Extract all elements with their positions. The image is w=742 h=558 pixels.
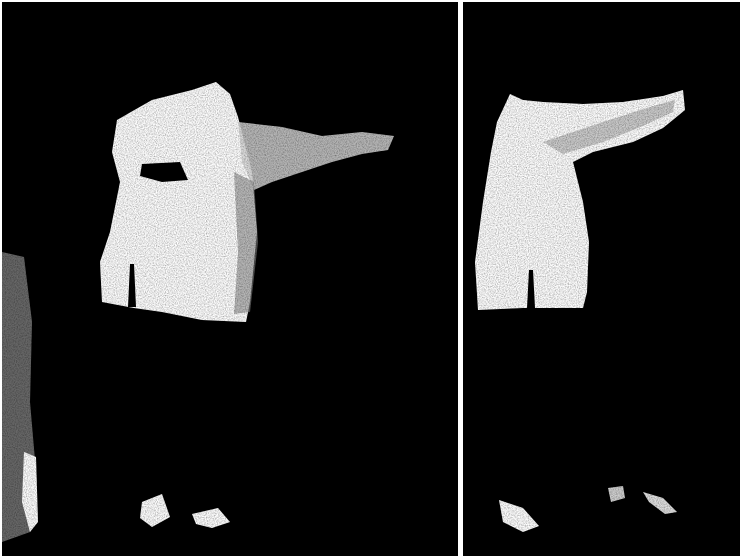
photo-panel-left [2,2,458,556]
figure-silhouette-left [2,2,458,556]
photo-panel-right [463,2,740,556]
figure-frame [0,0,742,558]
figure-silhouette-right [463,2,740,556]
